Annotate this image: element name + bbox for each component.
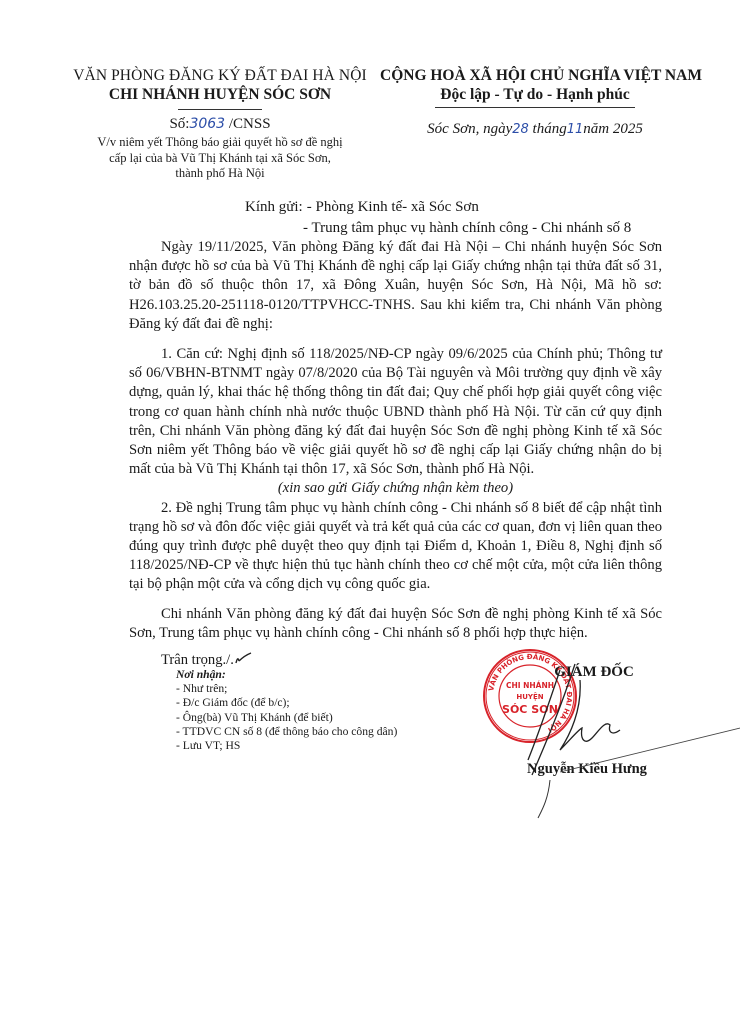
regards-text: Trân trọng./. bbox=[161, 652, 234, 668]
addressee-label: Kính gửi: bbox=[245, 197, 303, 218]
distribution-list: Nơi nhận: - Như trên; - Đ/c Giám đốc (để… bbox=[176, 668, 397, 753]
document-subject: V/v niêm yết Thông báo giải quyết hồ sơ … bbox=[95, 135, 345, 182]
distribution-item: - TTDVC CN số 8 (để thông báo cho công d… bbox=[176, 725, 397, 739]
handwritten-signature-icon bbox=[520, 650, 740, 820]
official-letter: VĂN PHÒNG ĐĂNG KÝ ĐẤT ĐAI HÀ NỘI CHI NHÁ… bbox=[0, 0, 740, 1018]
distribution-item: - Ông(bà) Vũ Thị Khánh (để biết) bbox=[176, 711, 397, 725]
addressees: Kính gửi: - Phòng Kinh tế- xã Sóc Sơn - … bbox=[245, 197, 631, 239]
date-prefix: Sóc Sơn, ngày bbox=[427, 121, 512, 137]
addressee-item: - Trung tâm phục vụ hành chính công - Ch… bbox=[303, 220, 631, 236]
issuer-header: VĂN PHÒNG ĐĂNG KÝ ĐẤT ĐAI HÀ NỘI CHI NHÁ… bbox=[60, 66, 380, 182]
date-month-label: tháng bbox=[529, 121, 567, 137]
document-number-handwritten: 3063 bbox=[189, 116, 225, 132]
initial-check-icon bbox=[234, 652, 252, 666]
item-2-paragraph: 2. Đề nghị Trung tâm phục vụ hành chính … bbox=[129, 499, 662, 595]
issuer-org-name: VĂN PHÒNG ĐĂNG KÝ ĐẤT ĐAI HÀ NỘI bbox=[60, 66, 380, 85]
national-header: CỘNG HOÀ XÃ HỘI CHỦ NGHĨA VIỆT NAM Độc l… bbox=[380, 66, 690, 139]
addressee-item: - Phòng Kinh tế- xã Sóc Sơn bbox=[307, 199, 479, 215]
document-number-suffix: /CNSS bbox=[225, 116, 270, 132]
distribution-item: - Như trên; bbox=[176, 682, 397, 696]
nation-title: CỘNG HOÀ XÃ HỘI CHỦ NGHĨA VIỆT NAM bbox=[380, 66, 690, 85]
distribution-title: Nơi nhận: bbox=[176, 668, 397, 682]
closing-paragraph: Chi nhánh Văn phòng đăng ký đất đai huyệ… bbox=[129, 605, 662, 643]
document-number-label: Số: bbox=[169, 116, 189, 132]
issuer-branch-name: CHI NHÁNH HUYỆN SÓC SƠN bbox=[60, 85, 380, 104]
document-number: Số:3063 /CNSS bbox=[60, 115, 380, 134]
distribution-item: - Đ/c Giám đốc (để b/c); bbox=[176, 696, 397, 710]
national-motto: Độc lập - Tự do - Hạnh phúc bbox=[380, 85, 690, 104]
date-month-handwritten: 11 bbox=[567, 122, 584, 137]
date-year: năm 2025 bbox=[583, 121, 643, 137]
motto-underline bbox=[435, 107, 635, 108]
attachment-note: (xin sao gửi Giấy chứng nhận kèm theo) bbox=[129, 479, 662, 498]
letter-body: Ngày 19/11/2025, Văn phòng Đăng ký đất đ… bbox=[129, 238, 662, 670]
item-1-paragraph: 1. Căn cứ: Nghị định số 118/2025/NĐ-CP n… bbox=[129, 345, 662, 479]
header-divider bbox=[178, 109, 262, 110]
distribution-item: - Lưu VT; HS bbox=[176, 739, 397, 753]
date-day-handwritten: 28 bbox=[512, 122, 529, 137]
intro-paragraph: Ngày 19/11/2025, Văn phòng Đăng ký đất đ… bbox=[129, 238, 662, 334]
document-date: Sóc Sơn, ngày28 tháng11năm 2025 bbox=[380, 120, 690, 139]
